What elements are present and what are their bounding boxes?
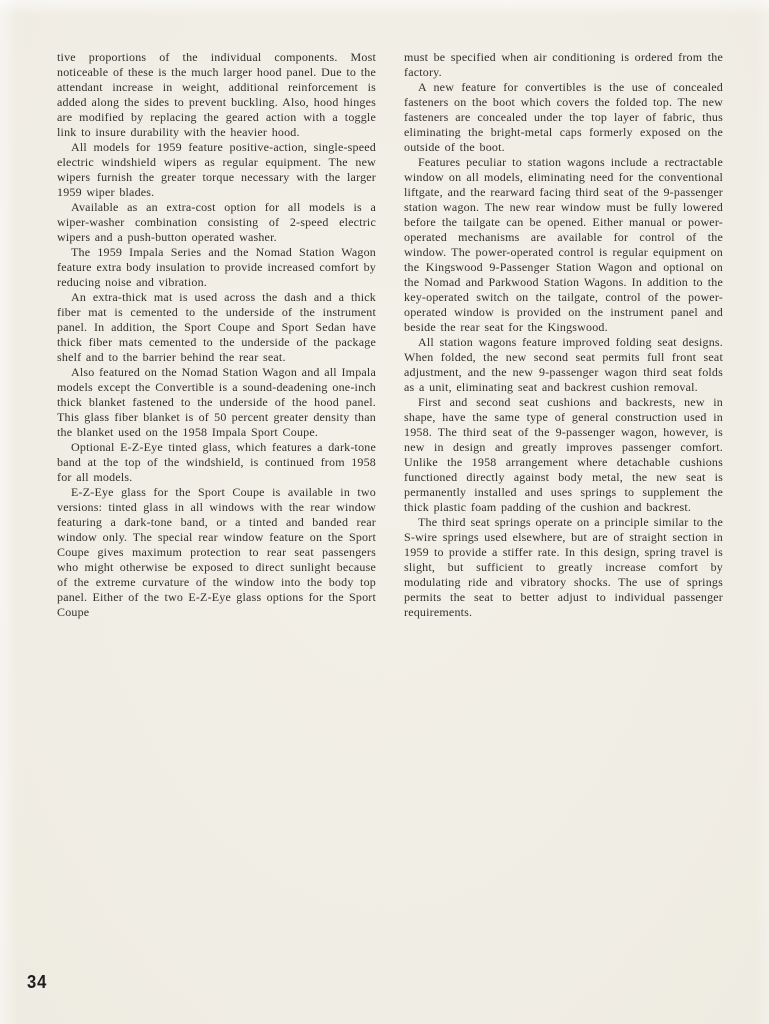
paragraph: A new feature for convertibles is the us…: [404, 80, 723, 155]
paragraph: must be specified when air conditioning …: [404, 50, 723, 80]
paragraph: The third seat springs operate on a prin…: [404, 515, 723, 620]
paragraph: Available as an extra-cost option for al…: [57, 200, 376, 245]
document-page: tive proportions of the individual compo…: [0, 0, 769, 1024]
text-columns: tive proportions of the individual compo…: [57, 50, 723, 620]
paragraph: An extra-thick mat is used across the da…: [57, 290, 376, 365]
paragraph: Also featured on the Nomad Station Wagon…: [57, 365, 376, 440]
page-number: 34: [27, 972, 47, 993]
paragraph: All station wagons feature improved fold…: [404, 335, 723, 395]
right-column: must be specified when air conditioning …: [404, 50, 723, 620]
left-column: tive proportions of the individual compo…: [57, 50, 376, 620]
paragraph: Optional E-Z-Eye tinted glass, which fea…: [57, 440, 376, 485]
paragraph: Features peculiar to station wagons incl…: [404, 155, 723, 335]
paragraph: E-Z-Eye glass for the Sport Coupe is ava…: [57, 485, 376, 620]
paragraph: tive proportions of the individual compo…: [57, 50, 376, 140]
paragraph: First and second seat cushions and backr…: [404, 395, 723, 515]
paragraph: All models for 1959 feature positive-act…: [57, 140, 376, 200]
paragraph: The 1959 Impala Series and the Nomad Sta…: [57, 245, 376, 290]
